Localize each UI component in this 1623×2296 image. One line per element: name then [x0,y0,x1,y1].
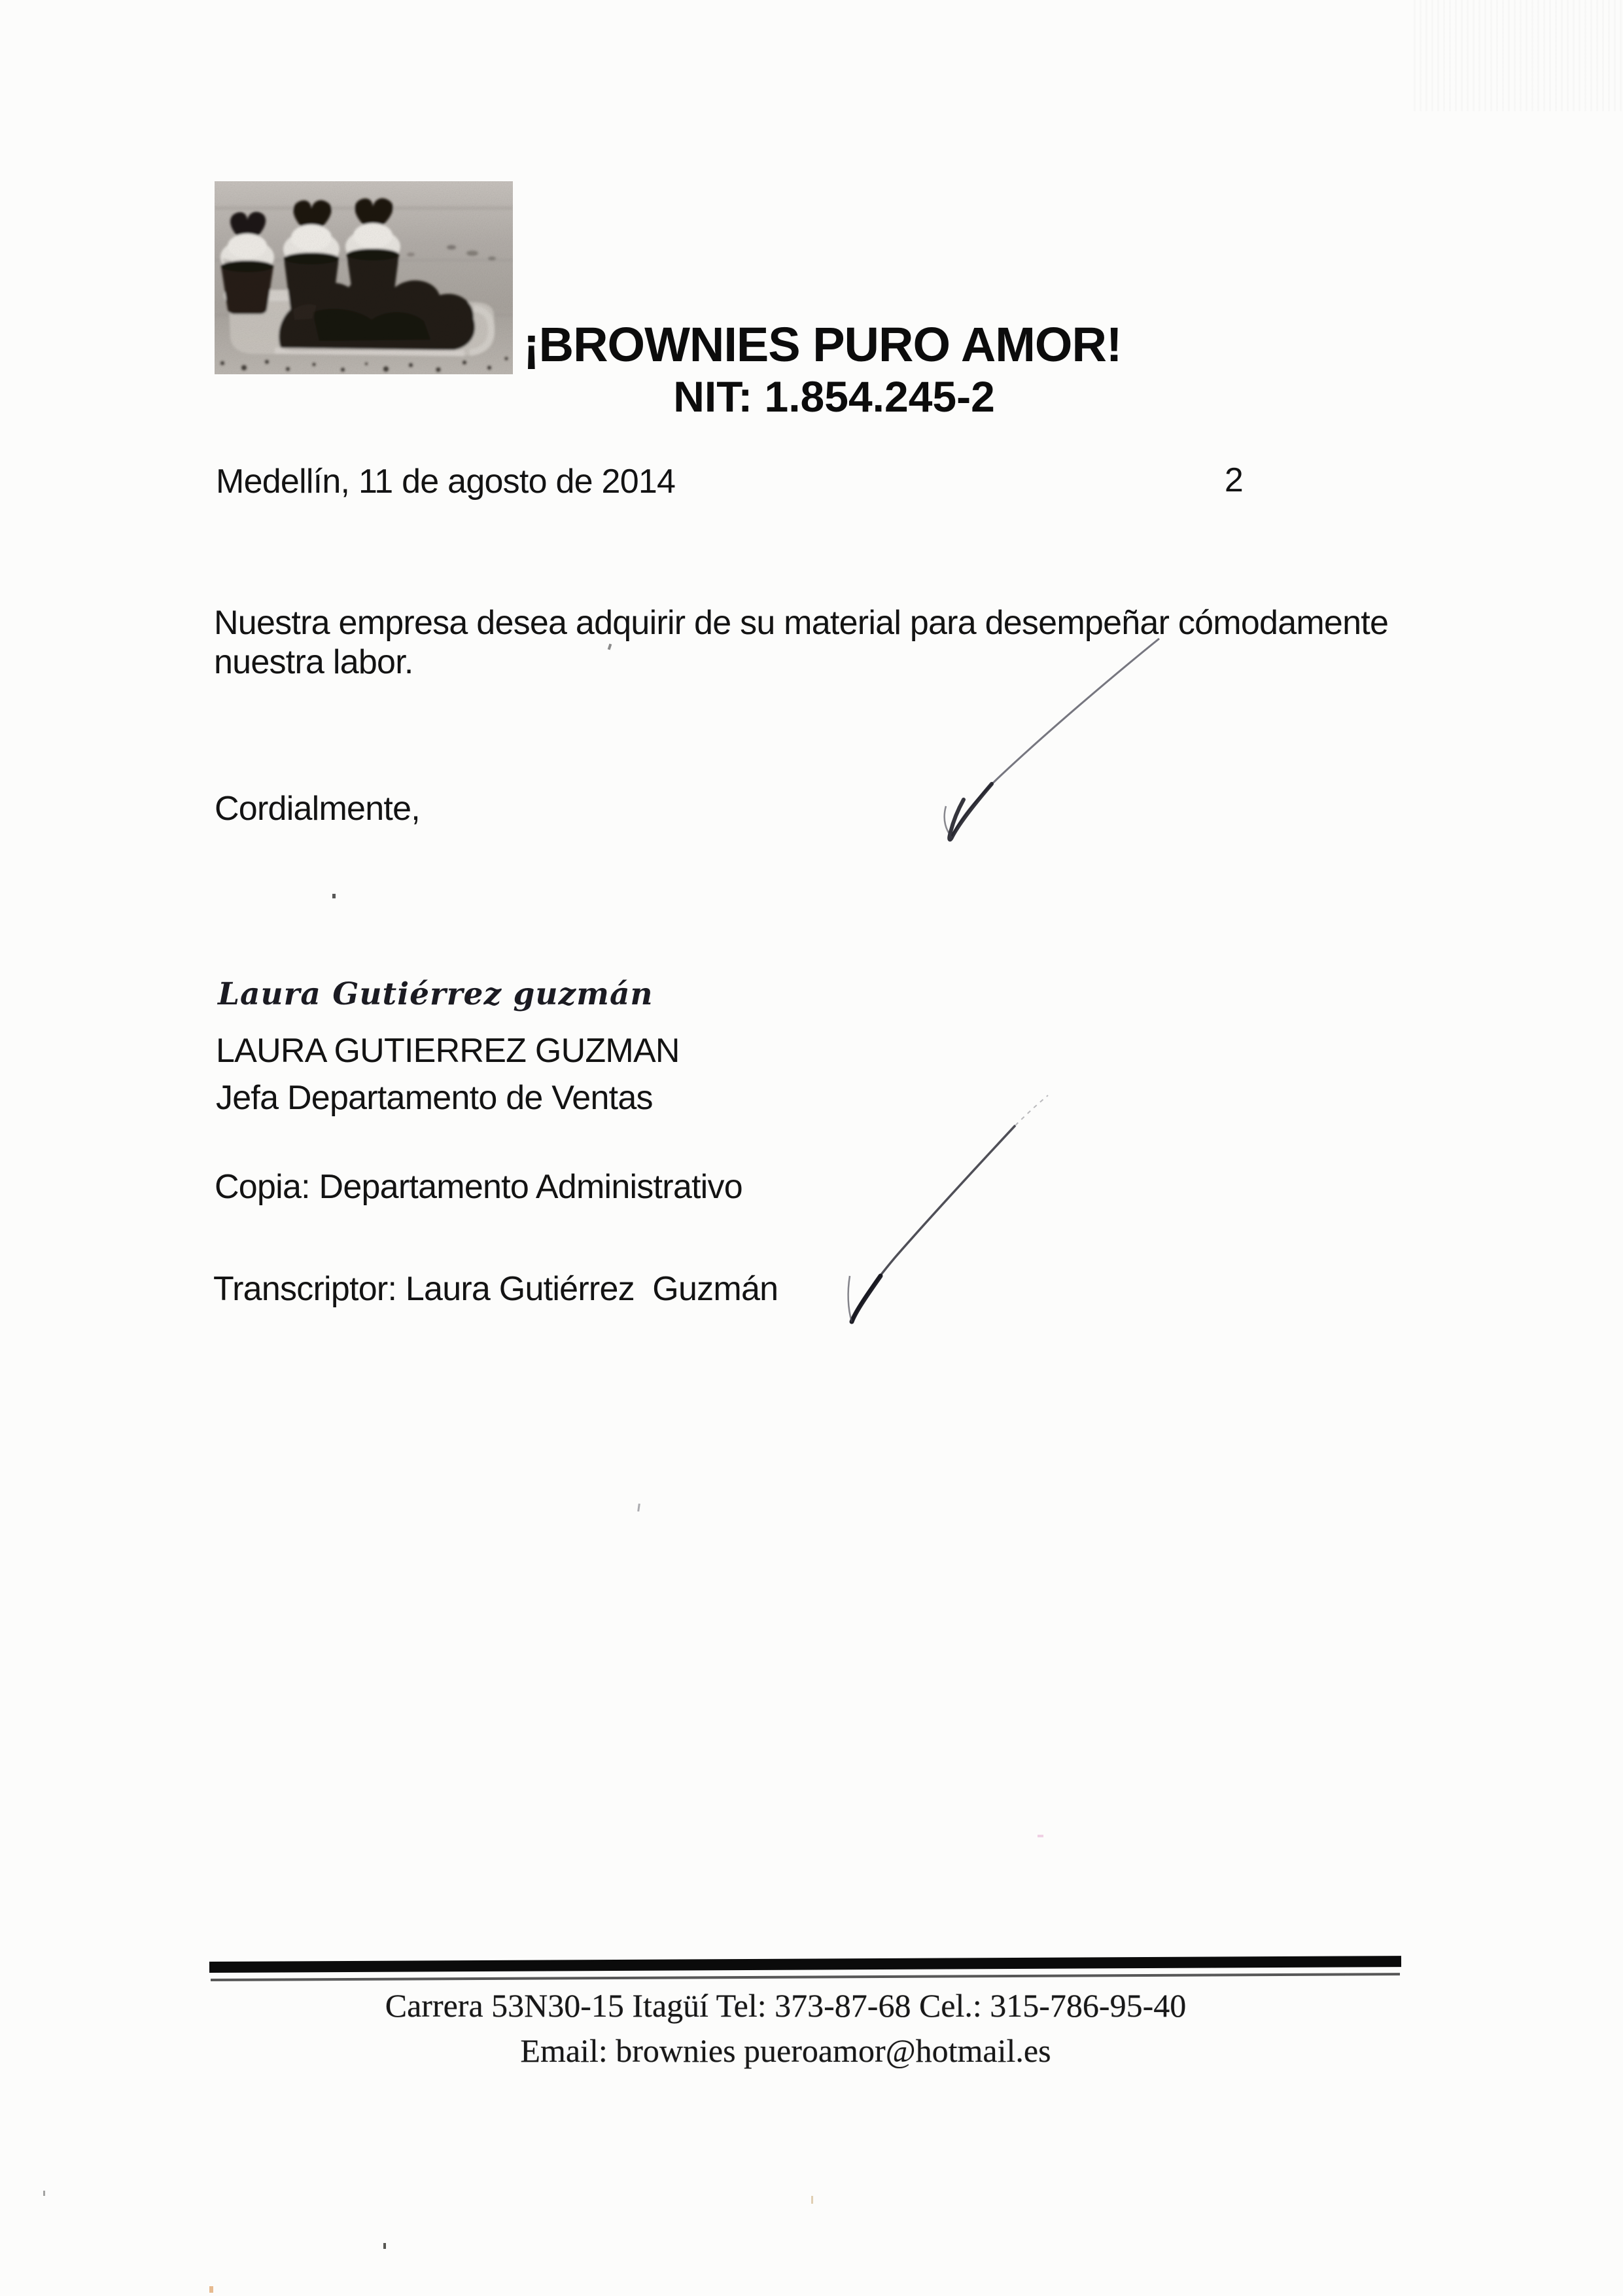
closing-salutation: Cordialmente, [215,789,420,828]
paragraph-line: Nuestra empresa desea adquirir de su mat… [214,603,1388,643]
company-name: ¡BROWNIES PURO AMOR! [523,317,1122,372]
dust-speck [383,2243,386,2249]
signer-role: Jefa Departamento de Ventas [216,1078,653,1118]
transcriber-note: Transcriptor: Laura Gutiérrez Guzmán [213,1269,778,1309]
company-nit: NIT: 1.854.245-2 [523,372,1145,421]
page-number: 2 [1208,461,1260,500]
footer-rule-thick [209,1956,1401,1973]
dust-speck [332,894,336,898]
scan-texture [1414,0,1623,111]
dust-speck [1038,1835,1043,1837]
footer-email: Email: brownies pueroamor@hotmail.es [209,2032,1362,2070]
footer-address: Carrera 53N30-15 Itagüí Tel: 373-87-68 C… [209,1987,1362,2024]
document-page: ¡BROWNIES PURO AMOR! NIT: 1.854.245-2 Me… [0,0,1623,2296]
dust-speck [209,2286,213,2293]
handwritten-signature: Laura Gutiérrez guzmán [218,976,654,1012]
footer-contact-block: Carrera 53N30-15 Itagüí Tel: 373-87-68 C… [209,1987,1362,2070]
dust-speck [811,2196,813,2204]
signer-name: LAURA GUTIERREZ GUZMAN [216,1031,680,1070]
body-paragraph: Nuestra empresa desea adquirir de su mat… [214,603,1388,682]
dust-speck [637,1504,640,1511]
dateline: Medellín, 11 de agosto de 2014 [216,462,675,501]
dust-speck [43,2191,45,2196]
copy-note: Copia: Departamento Administrativo [215,1167,742,1207]
footer-rule-thin [211,1973,1400,1981]
paragraph-line: nuestra labor. [214,643,1388,682]
cupcakes-brownies-photo-icon [215,181,513,374]
pen-stroke-lower [848,1095,1048,1322]
company-logo-image [215,181,513,374]
